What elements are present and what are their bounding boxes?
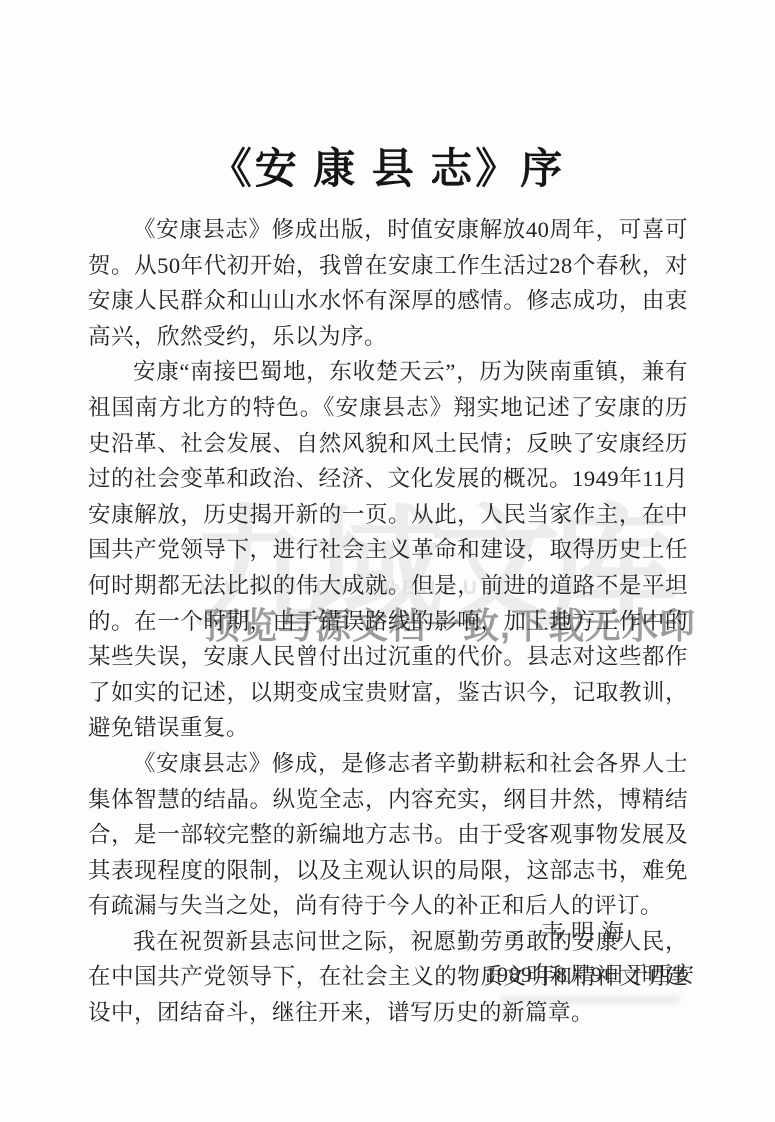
paragraph: 《安康县志》修成，是修志者辛勤耕耘和社会各界人士集体智慧的结晶。纵览全志，内容充…: [88, 746, 688, 924]
signature-name: 韦明海: [541, 914, 631, 947]
scanned-page: 九域文库 WWW.JIUYUWENKU.COM 预览与源文档一致,下载无水印 《…: [0, 0, 775, 1122]
paragraph: 安康“南接巴蜀地，东收楚天云”，历为陕南重镇，兼有祖国南方北方的特色。《安康县志…: [88, 354, 688, 746]
document-body: 《安康县志》修成出版，时值安康解放40周年，可喜可贺。从50年代初开始，我曾在安…: [88, 212, 688, 1031]
document-title: 《安 康 县 志》序: [0, 136, 775, 196]
paragraph: 《安康县志》修成出版，时值安康解放40周年，可喜可贺。从50年代初开始，我曾在安…: [88, 212, 688, 354]
signature-date-place: 1989年8月9日于西安: [485, 958, 695, 989]
